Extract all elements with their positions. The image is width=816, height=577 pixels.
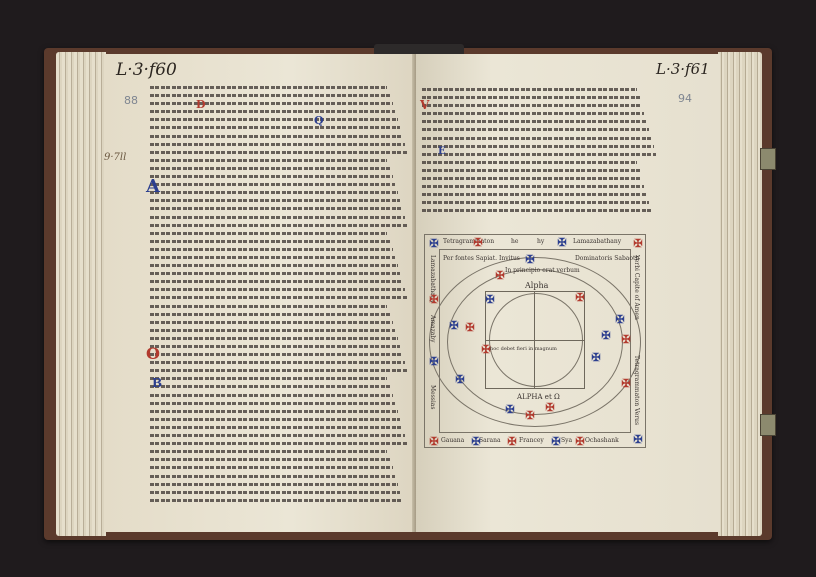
right-text-block	[422, 88, 656, 218]
open-book: L·3·f60 88 9·7ll A O B D Q L·3·f61 94 V …	[44, 44, 774, 542]
cross-pattee-icon: ✠	[545, 403, 555, 413]
side-left-1: Amazaby	[429, 315, 436, 343]
cross-pattee-icon: ✠	[633, 435, 643, 445]
text-line	[422, 96, 640, 99]
side-right-0: Verbi Capite of Amen	[633, 255, 640, 320]
center-label: Alpha	[525, 281, 548, 290]
text-line	[150, 135, 403, 138]
initial-red: O	[146, 344, 160, 363]
clasp-top	[760, 148, 776, 170]
text-line	[150, 86, 387, 89]
cross-pattee-icon: ✠	[429, 239, 439, 249]
text-line	[150, 434, 405, 437]
margin-note: 9·7ll	[104, 152, 126, 163]
cross-line-horizontal	[486, 340, 584, 341]
page-edges-left	[56, 52, 106, 536]
text-line	[150, 410, 398, 413]
text-line	[150, 151, 408, 154]
text-line	[150, 240, 390, 243]
corner-right-top: Dominatoris Sabaoth	[575, 255, 639, 262]
bottom-inner-label: ALPHA et Ω	[517, 393, 560, 401]
text-line	[422, 177, 642, 180]
text-line	[150, 159, 387, 162]
top-row-label-0: Tetragrammaton	[443, 238, 494, 245]
text-line	[422, 161, 637, 164]
cross-pattee-icon: ✠	[481, 345, 491, 355]
bottom-row-label-1: Sarana	[479, 437, 501, 444]
text-line	[150, 491, 400, 494]
page-edges-right	[718, 52, 762, 536]
text-line	[422, 104, 642, 107]
side-right-1: Tetragrammaton Verus	[633, 355, 640, 425]
bottom-row-label-0: Gauana	[441, 437, 464, 444]
initial-A-blue: A	[146, 176, 160, 197]
cross-pattee-icon: ✠	[429, 437, 439, 447]
left-text-block	[150, 86, 408, 507]
text-line	[422, 128, 649, 131]
initial-blue: B	[152, 376, 162, 390]
center-text: hoc debet fieri in magnum	[490, 346, 557, 352]
text-line	[150, 483, 398, 486]
initial-red-right: V	[420, 98, 429, 112]
text-line	[422, 145, 654, 148]
text-line	[422, 185, 644, 188]
pencil-number-left: 88	[124, 94, 138, 107]
cross-pattee-icon: ✠	[601, 331, 611, 341]
text-line	[150, 264, 398, 267]
bottom-row-label-3: Sya	[561, 437, 572, 444]
text-line	[150, 224, 408, 227]
text-line	[150, 288, 405, 291]
text-line	[150, 475, 395, 478]
cross-pattee-icon: ✠	[429, 295, 439, 305]
text-line	[422, 112, 644, 115]
cross-pattee-icon: ✠	[615, 315, 625, 325]
cross-pattee-icon: ✠	[471, 437, 481, 447]
pencil-number-right: 94	[678, 92, 692, 105]
text-line	[150, 321, 393, 324]
text-line	[150, 143, 405, 146]
text-line	[150, 232, 387, 235]
text-line	[150, 442, 408, 445]
folio-mark-left: L·3·f60	[116, 60, 177, 80]
left-page: L·3·f60 88 9·7ll A O B D Q	[104, 54, 416, 532]
cross-pattee-icon: ✠	[429, 357, 439, 367]
text-line	[422, 153, 656, 156]
text-line	[422, 120, 647, 123]
text-line	[150, 353, 403, 356]
folio-mark-right: L·3·f61	[656, 60, 710, 78]
text-line	[150, 458, 390, 461]
cross-pattee-icon: ✠	[575, 437, 585, 447]
text-line	[150, 94, 390, 97]
inner-square: hoc debet fieri in magnum	[485, 291, 585, 389]
text-line	[150, 248, 393, 251]
clasp-bottom	[760, 414, 776, 436]
corner-left-top: Per fontes Sapiat. Invitus	[443, 255, 520, 262]
text-line	[150, 272, 400, 275]
cross-pattee-icon: ✠	[575, 293, 585, 303]
text-line	[422, 209, 651, 212]
text-line	[150, 280, 403, 283]
text-line	[150, 175, 393, 178]
text-line	[150, 337, 398, 340]
text-line	[150, 329, 395, 332]
cross-pattee-icon: ✠	[485, 295, 495, 305]
bottom-row-label-4: Ochashank	[585, 437, 619, 444]
bottom-row-label-2: Francey	[519, 437, 544, 444]
text-line	[150, 385, 390, 388]
text-line	[150, 361, 405, 364]
text-line	[150, 305, 387, 308]
initial-blue-right: E	[438, 146, 446, 157]
text-line	[150, 426, 403, 429]
text-line	[422, 137, 651, 140]
side-left-2: Messias	[429, 385, 436, 409]
text-line	[150, 126, 400, 129]
cross-pattee-icon: ✠	[621, 379, 631, 389]
ring-text: In principio erat verbum	[505, 267, 580, 274]
cross-pattee-icon: ✠	[591, 353, 601, 363]
text-line	[150, 296, 408, 299]
text-line	[150, 450, 387, 453]
text-line	[150, 369, 408, 372]
cross-pattee-icon: ✠	[465, 323, 475, 333]
text-line	[150, 183, 395, 186]
initial-red-small: D	[196, 98, 206, 111]
text-line	[150, 345, 400, 348]
text-line	[150, 377, 387, 380]
text-line	[150, 394, 393, 397]
text-line	[150, 110, 395, 113]
cross-pattee-icon: ✠	[505, 405, 515, 415]
text-line	[422, 88, 637, 91]
text-line	[150, 207, 403, 210]
cross-pattee-icon: ✠	[449, 321, 459, 331]
text-line	[422, 201, 649, 204]
text-line	[150, 118, 398, 121]
text-line	[150, 418, 400, 421]
cross-pattee-icon: ✠	[507, 437, 517, 447]
text-line	[150, 313, 390, 316]
text-line	[150, 256, 395, 259]
text-line	[150, 466, 393, 469]
text-line	[422, 169, 640, 172]
cross-pattee-icon: ✠	[473, 238, 483, 248]
text-line	[150, 191, 398, 194]
top-row-label-3: Lamazabathany	[573, 238, 621, 245]
cross-pattee-icon: ✠	[495, 271, 505, 281]
cross-pattee-icon: ✠	[525, 411, 535, 421]
cross-pattee-icon: ✠	[621, 335, 631, 345]
text-line	[150, 102, 393, 105]
magic-circle-diagram: hoc debet fieri in magnum Alpha ALPHA et…	[424, 234, 646, 448]
text-line	[150, 402, 395, 405]
text-line	[150, 499, 403, 502]
initial-blue-small: Q	[314, 114, 324, 127]
cross-pattee-icon: ✠	[557, 238, 567, 248]
top-row-label-2: hy	[537, 238, 544, 245]
cross-pattee-icon: ✠	[455, 375, 465, 385]
text-line	[150, 216, 405, 219]
text-line	[422, 193, 647, 196]
text-line	[150, 167, 390, 170]
cross-pattee-icon: ✠	[525, 255, 535, 265]
cross-pattee-icon: ✠	[551, 437, 561, 447]
cross-pattee-icon: ✠	[633, 239, 643, 249]
text-line	[150, 199, 400, 202]
top-row-label-1: he	[511, 238, 518, 245]
